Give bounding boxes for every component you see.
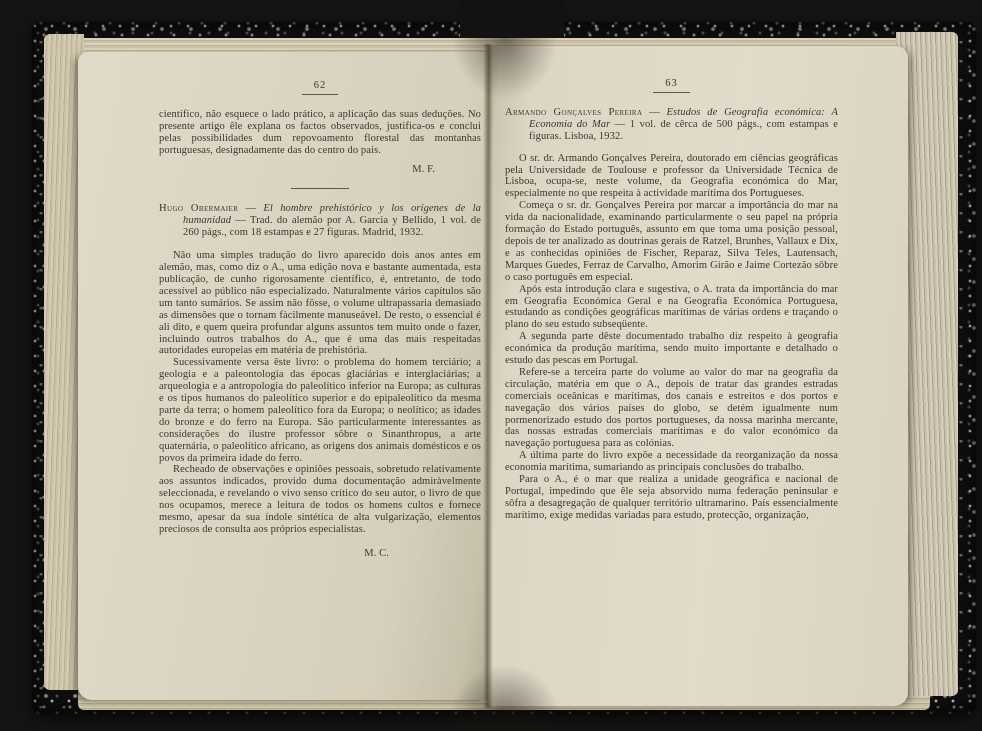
review-paragraph: O sr. dr. Armando Gonçalves Pereira, dou… — [505, 153, 838, 201]
gutter-shadow — [483, 44, 493, 708]
citation-author: Armando Gonçalves Pereira — [505, 107, 642, 118]
continued-review-paragraph: científico, não esquece o lado prático, … — [159, 109, 481, 157]
citation-separator: — — [238, 203, 263, 214]
review-paragraph: Sucessivamente versa êste livro: o probl… — [159, 357, 481, 464]
left-page-text: 62 científico, não esquece o lado prátic… — [159, 80, 481, 560]
gutter-bottom-shadow — [448, 664, 562, 722]
review-paragraph: A segunda parte dêste documentado trabal… — [505, 331, 838, 367]
page-number-right: 63 — [653, 78, 690, 93]
review-paragraph: Recheado de observações e opiniões pesso… — [159, 464, 481, 535]
reviewer-initials-mc: M. C. — [159, 548, 481, 560]
review-paragraph: Refere-se a terceira parte do volume ao … — [505, 367, 838, 450]
reviewer-initials-mf: M. F. — [159, 164, 481, 176]
citation-separator: — — [642, 107, 666, 118]
page-number-row: 63 — [505, 78, 838, 93]
book-citation-obermaier: Hugo Obermaier — El hombre prehistórico … — [159, 203, 481, 239]
citation-author: Hugo Obermaier — [159, 203, 238, 214]
page-number-row: 62 — [159, 80, 481, 95]
page-number-left: 62 — [302, 80, 339, 95]
right-page-text: 63 Armando Gonçalves Pereira — Estudos d… — [505, 78, 838, 522]
book-scan: 62 científico, não esquece o lado prátic… — [0, 0, 982, 731]
review-paragraph: Para o A., é o mar que realiza a unidade… — [505, 474, 838, 522]
review-paragraph: Após esta introdução clara e sugestiva, … — [505, 284, 838, 332]
section-divider — [291, 188, 349, 189]
review-paragraph: Começa o sr. dr. Gonçalves Pereira por m… — [505, 200, 838, 283]
review-paragraph: Não uma simples tradução do livro aparec… — [159, 250, 481, 357]
book-citation-pereira: Armando Gonçalves Pereira — Estudos de G… — [505, 107, 838, 143]
review-paragraph: A última parte do livro expõe a necessid… — [505, 450, 838, 474]
